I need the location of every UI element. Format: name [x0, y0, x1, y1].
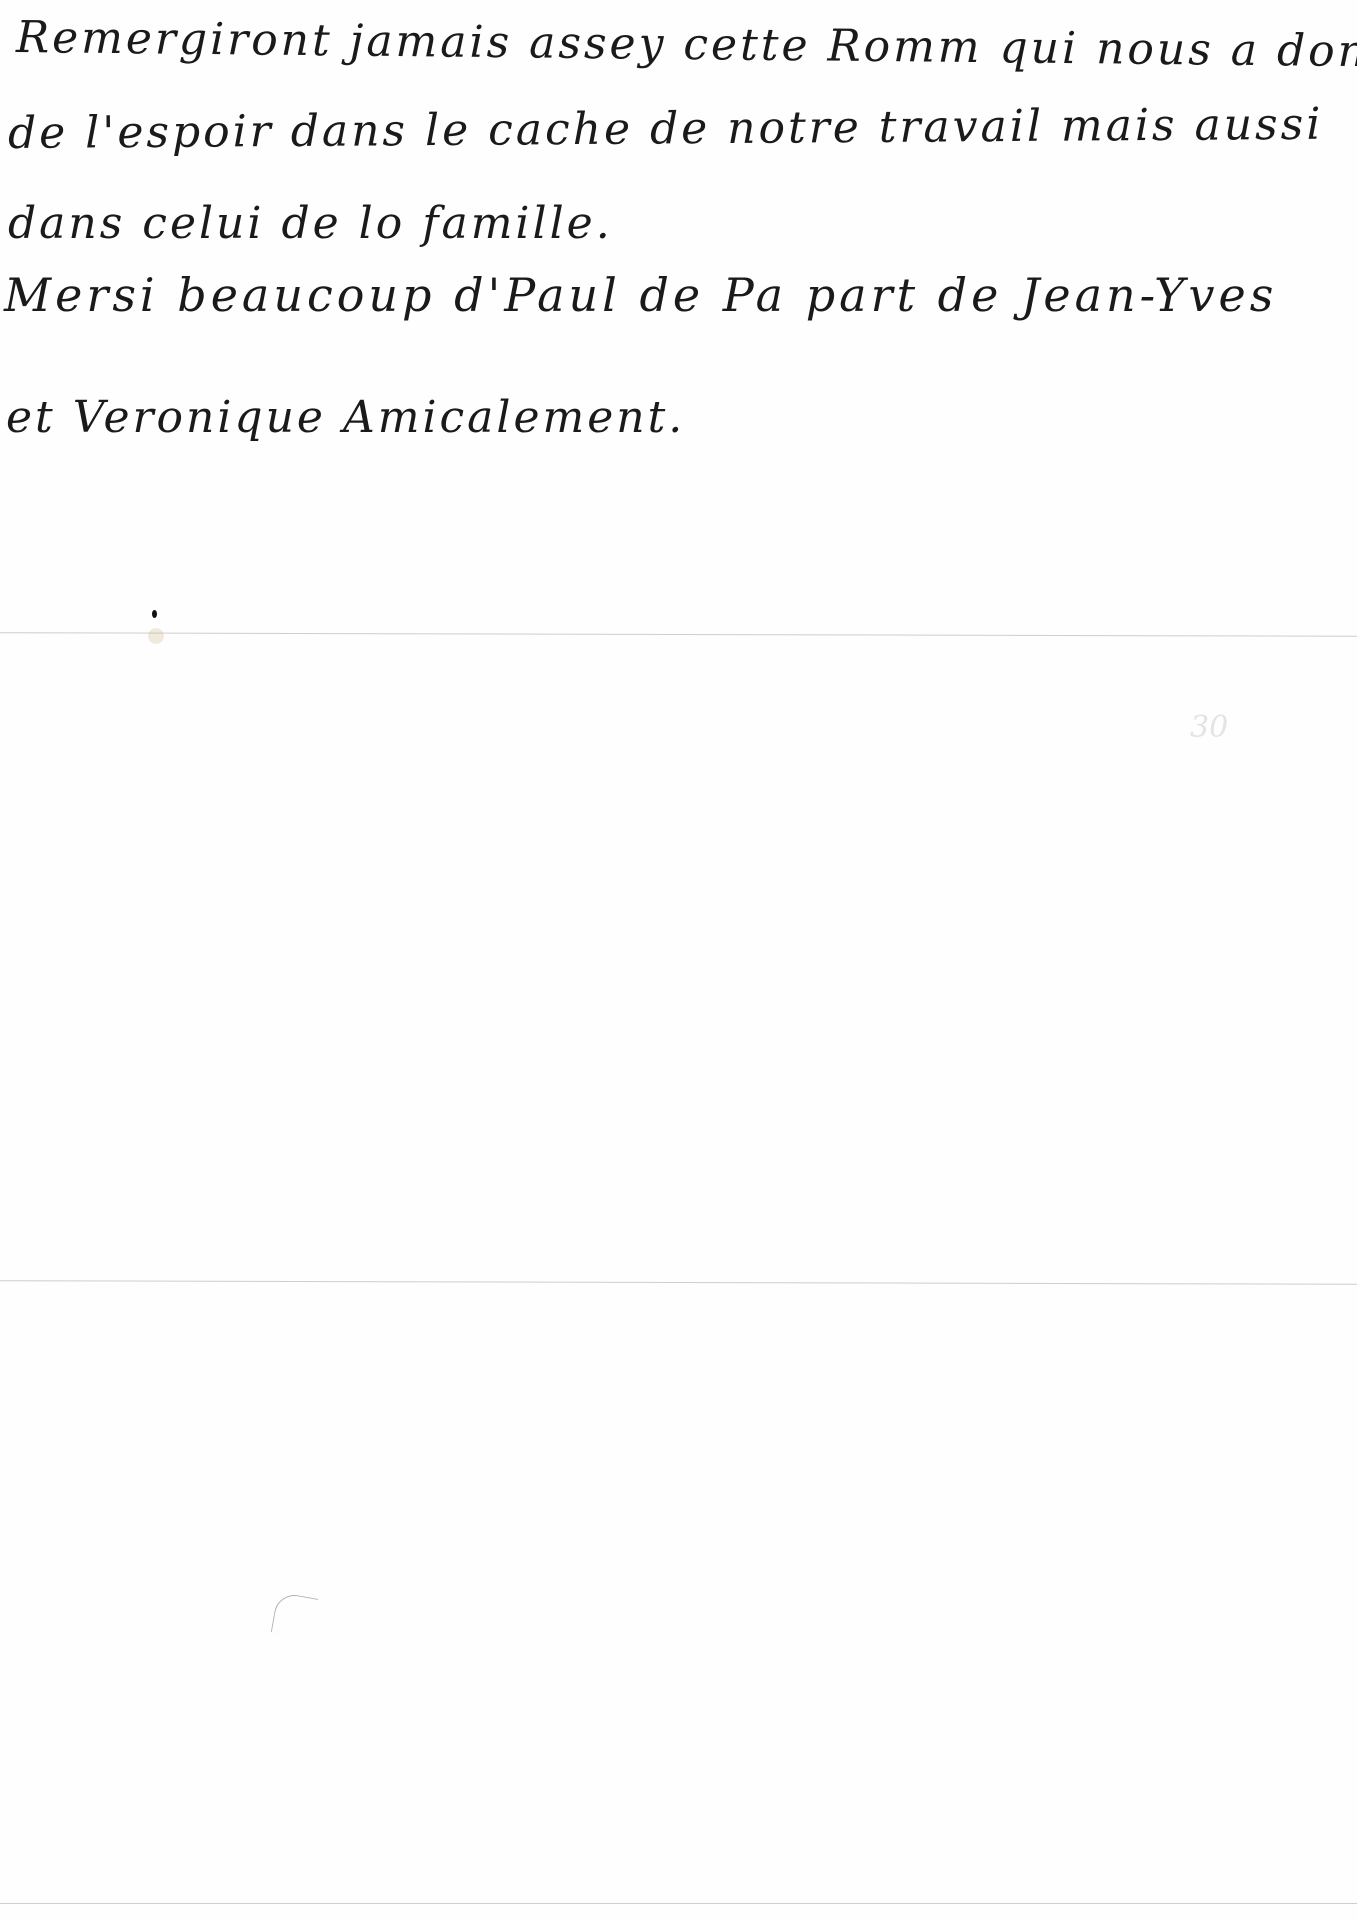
faint-arc-mark [271, 1592, 318, 1639]
letter-line-1: Remergiront jamais assey cette Romm qui … [16, 12, 1357, 78]
fold-line-lower [0, 1280, 1357, 1285]
paper-stain [148, 628, 164, 644]
letter-line-2: de l'espoir dans le cache de notre trava… [8, 99, 1324, 159]
letter-line-5-closing: et Veronique Amicalement. [6, 392, 685, 443]
fold-line-upper [0, 632, 1357, 637]
letter-line-3: dans celui de lo famille. [8, 198, 613, 249]
letter-page: Remergiront jamais assey cette Romm qui … [0, 0, 1357, 1920]
faint-bleed-through-mark: 30 [1190, 710, 1250, 760]
ink-dot [152, 610, 157, 618]
letter-line-4: Mersi beaucoup d'Paul de Pa part de Jean… [4, 268, 1277, 322]
page-bottom-edge [0, 1903, 1357, 1904]
